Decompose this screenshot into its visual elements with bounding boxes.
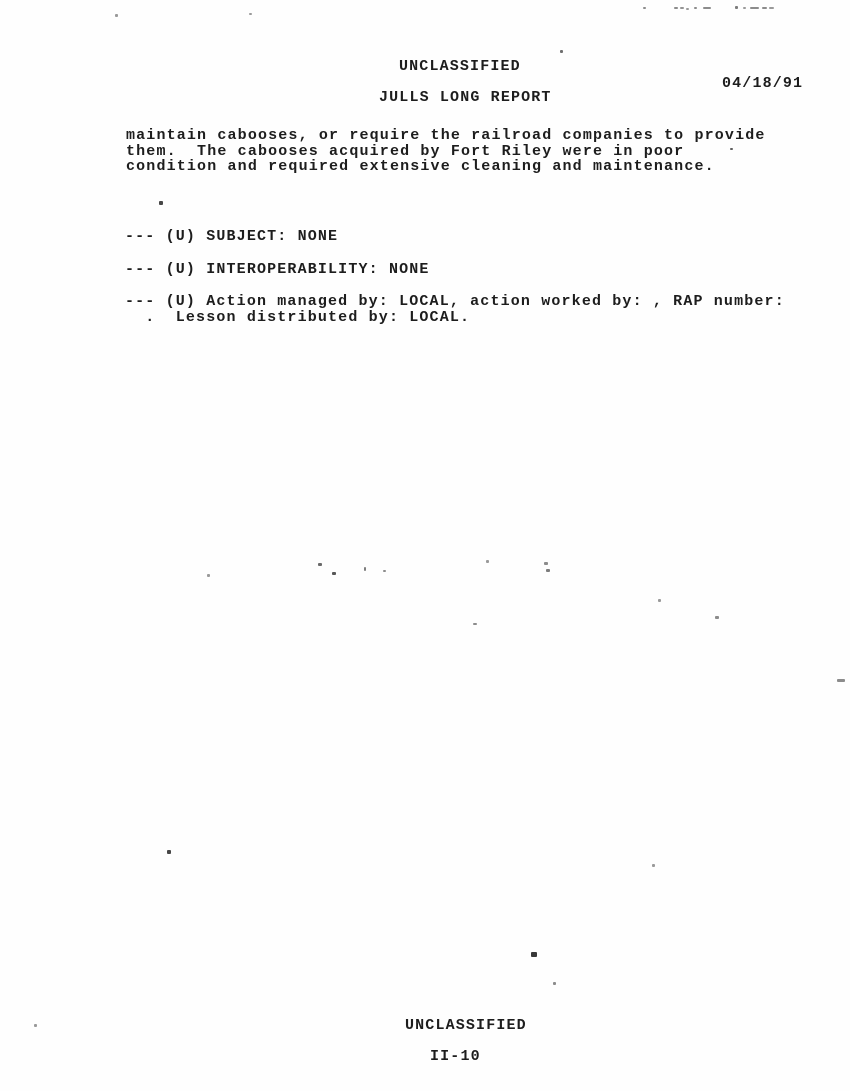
scan-speck	[837, 679, 845, 682]
item-subject: --- (U) SUBJECT: NONE	[125, 229, 338, 245]
scan-speck	[686, 8, 689, 10]
scan-speck	[658, 599, 661, 602]
report-title: JULLS LONG REPORT	[379, 90, 552, 106]
item-action-managed: --- (U) Action managed by: LOCAL, action…	[125, 294, 785, 325]
scan-speck	[735, 6, 738, 9]
scan-speck	[560, 50, 563, 53]
scan-speck	[743, 7, 746, 9]
scan-speck	[694, 7, 697, 9]
scan-speck	[762, 7, 767, 9]
scan-speck	[486, 560, 489, 563]
item-interoperability: --- (U) INTEROPERABILITY: NONE	[125, 262, 430, 278]
scan-speck	[674, 7, 678, 9]
classification-banner-top: UNCLASSIFIED	[399, 59, 521, 75]
scan-speck	[769, 7, 774, 9]
scan-speck	[750, 7, 759, 9]
report-date: 04/18/91	[722, 76, 803, 92]
scan-speck	[473, 623, 477, 625]
scan-speck	[546, 569, 550, 572]
scan-speck	[318, 563, 322, 566]
scanned-document-page: UNCLASSIFIED 04/18/91 JULLS LONG REPORT …	[0, 0, 850, 1091]
scan-speck	[652, 864, 655, 867]
body-paragraph: maintain cabooses, or require the railro…	[126, 128, 766, 175]
scan-speck	[332, 572, 336, 575]
scan-speck	[364, 567, 366, 571]
scan-speck	[207, 574, 210, 577]
scan-speck	[544, 562, 548, 565]
scan-speck	[703, 7, 711, 9]
scan-speck	[167, 850, 171, 854]
scan-speck	[34, 1024, 37, 1027]
scan-speck	[531, 952, 537, 957]
page-number: II-10	[430, 1049, 481, 1065]
scan-speck	[680, 7, 684, 9]
scan-speck	[115, 14, 118, 17]
scan-speck	[715, 616, 719, 619]
scan-speck	[643, 7, 646, 9]
scan-speck	[249, 13, 252, 15]
classification-banner-bottom: UNCLASSIFIED	[405, 1018, 527, 1034]
scan-speck	[383, 570, 386, 572]
scan-speck	[159, 201, 163, 205]
scan-speck	[553, 982, 556, 985]
